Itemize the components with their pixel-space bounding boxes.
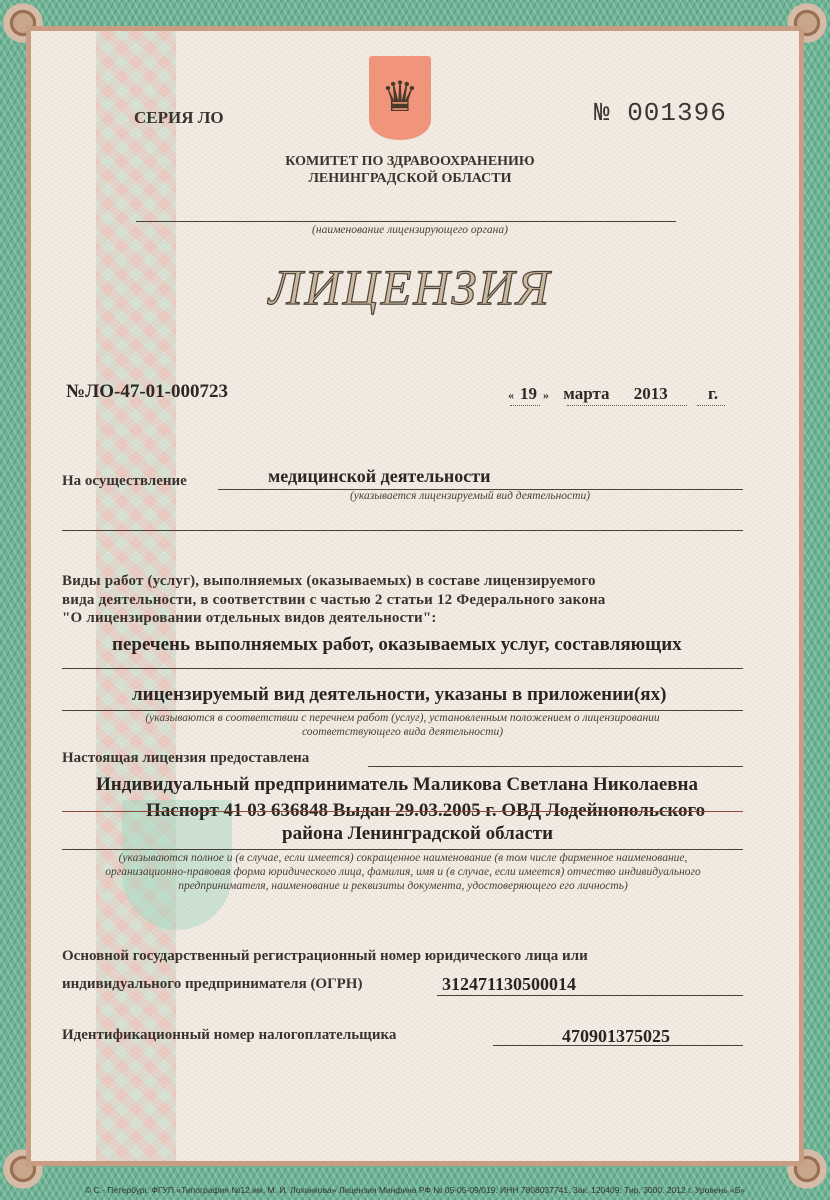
works-value-line1: перечень выполняемых работ, оказываемых …	[112, 634, 682, 656]
date-close-quote: »	[543, 388, 549, 402]
licensee-hint-line3: предпринимателя, наименование и реквизит…	[58, 879, 748, 893]
date-month: марта	[563, 384, 609, 403]
licensee-value-line1: Индивидуальный предприниматель Маликова …	[96, 774, 698, 796]
licensee-hint-line2: организационно-правовая форма юридическо…	[58, 865, 748, 879]
works-intro-line2: вида деятельности, в соответствии с част…	[62, 591, 742, 610]
licensee-underline	[62, 811, 743, 812]
date-underline	[567, 405, 687, 406]
series-label: СЕРИЯ ЛО	[134, 108, 224, 128]
ogrn-value: 312471130500014	[442, 974, 576, 995]
activity-label: На осуществление	[62, 473, 187, 490]
works-intro-line1: Виды работ (услуг), выполняемых (оказыва…	[62, 572, 742, 591]
license-number: №ЛО-47-01-000723	[66, 381, 228, 403]
works-hint-line1: (указываются в соответствии с перечнем р…	[62, 711, 743, 725]
inn-underline	[493, 1045, 743, 1046]
date-day: 19	[520, 384, 537, 403]
works-value-line2: лицензируемый вид деятельности, указаны …	[132, 684, 666, 706]
activity-hint: (указывается лицензируемый вид деятельно…	[250, 490, 690, 502]
date-open-quote: «	[508, 388, 514, 402]
works-intro: Виды работ (услуг), выполняемых (оказыва…	[62, 572, 742, 628]
date-underline	[697, 405, 725, 406]
printer-imprint: © С.- Петербург. ФГУП «Типография №12 им…	[0, 1185, 830, 1195]
licensee-underline	[62, 849, 743, 850]
form-number: № 001396	[594, 98, 727, 128]
inn-label: Идентификационный номер налогоплательщик…	[62, 1027, 396, 1044]
double-headed-eagle-icon: ♛	[381, 77, 419, 119]
issuing-body-hint: (наименование лицензирующего органа)	[260, 224, 560, 236]
works-hint: (указываются в соответствии с перечнем р…	[62, 711, 743, 739]
issuing-body: КОМИТЕТ ПО ЗДРАВООХРАНЕНИЮ ЛЕНИНГРАДСКОЙ…	[260, 153, 560, 187]
license-date: «19» марта 2013 г.	[508, 384, 724, 404]
ogrn-label-line2: индивидуального предпринимателя (ОГРН)	[62, 976, 362, 993]
works-intro-line3: "О лицензировании отдельных видов деятел…	[62, 609, 742, 628]
licensee-hint-line1: (указываются полное и (в случае, если им…	[58, 851, 748, 865]
divider	[136, 221, 676, 222]
licensee-hint: (указываются полное и (в случае, если им…	[58, 851, 748, 893]
date-underline	[510, 405, 540, 406]
works-underline	[62, 668, 743, 669]
ogrn-underline	[437, 995, 743, 996]
licensee-underline	[368, 766, 743, 767]
ogrn-label-line1: Основной государственный регистрационный…	[62, 948, 588, 965]
date-suffix: г.	[708, 384, 718, 403]
divider	[62, 530, 743, 531]
document-title: ЛИЦЕНЗИЯ	[260, 258, 560, 316]
licensee-value-line3: района Ленинградской области	[282, 823, 553, 845]
coat-of-arms-icon: ♛	[369, 56, 431, 140]
activity-value: медицинской деятельности	[268, 466, 490, 487]
inn-value: 470901375025	[562, 1026, 670, 1047]
licensee-label: Настоящая лицензия предоставлена	[62, 750, 309, 767]
issuing-body-line1: КОМИТЕТ ПО ЗДРАВООХРАНЕНИЮ	[260, 153, 560, 170]
works-hint-line2: соответствующего вида деятельности)	[62, 725, 743, 739]
issuing-body-line2: ЛЕНИНГРАДСКОЙ ОБЛАСТИ	[260, 170, 560, 187]
date-year: 2013	[634, 384, 668, 403]
